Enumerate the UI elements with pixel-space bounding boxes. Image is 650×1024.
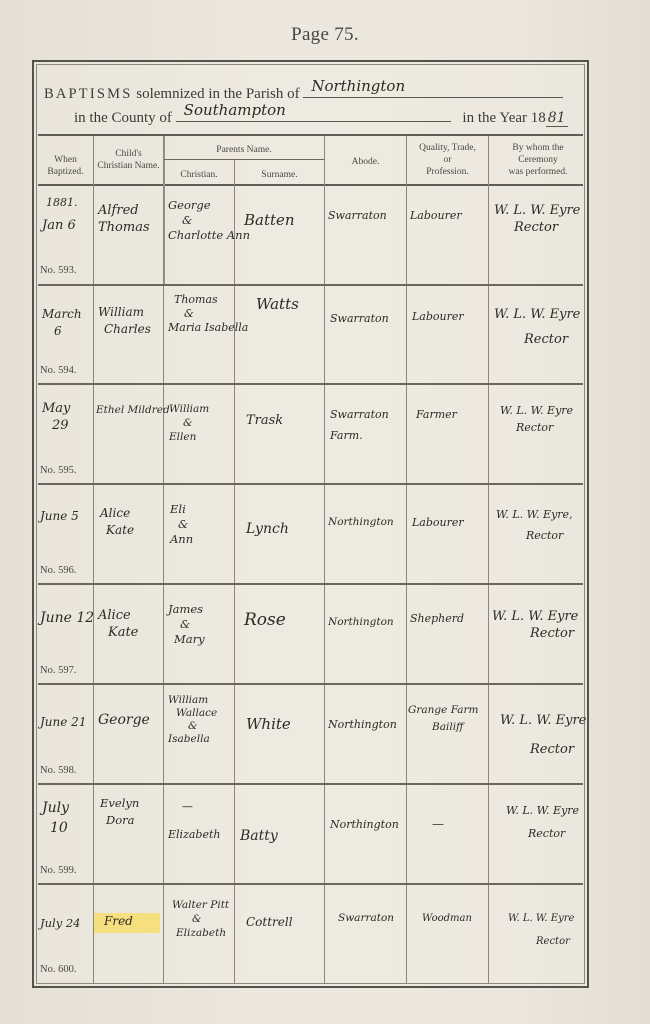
by-whom: W. L. W. EyreRector [508, 910, 574, 950]
quality: Labourer [412, 308, 464, 325]
entry-number: No. 593. [40, 265, 76, 276]
child-name: AlfredThomas [98, 202, 150, 236]
parents-surname: White [246, 716, 291, 733]
header-when: WhenBaptized. [38, 154, 93, 178]
header-parents: Parents Name. [164, 144, 324, 156]
entry-date: June 21 [40, 714, 86, 731]
quality: Shepherd [410, 610, 464, 627]
col-divider-5 [406, 136, 407, 984]
heading-year-label: in the Year 18 [462, 110, 545, 126]
child-name: EvelynDora [100, 795, 139, 829]
row-rule [38, 383, 583, 385]
child-name: WilliamCharles [98, 304, 151, 338]
quality: Labourer [412, 514, 464, 531]
parents-christian: George&Charlotte Ann [168, 198, 250, 243]
parents-christian: James&Mary [168, 602, 205, 647]
parish-value: Northington [311, 77, 405, 95]
county-field: Southampton [176, 105, 451, 122]
register-frame: BAPTISMS solemnized in the Parish of Nor… [32, 60, 589, 988]
child-name: George [98, 712, 150, 729]
col-divider-6 [488, 136, 489, 984]
row-rule [38, 783, 583, 785]
quality: Labourer [410, 207, 462, 224]
heading-line-2: in the County of Southampton in the Year… [74, 105, 568, 127]
page-number: Page 75. [0, 24, 650, 46]
parents-christian: William&Ellen [169, 402, 209, 444]
row-rule [38, 583, 583, 585]
parents-surname: Rose [244, 612, 286, 629]
entry-date: June 12 [40, 610, 94, 627]
by-whom: W. L. W. EyreRector [500, 712, 586, 758]
parents-surname: Lynch [246, 521, 289, 538]
parents-christian: Eli&Ann [170, 502, 193, 547]
parents-surname: Cottrell [246, 914, 293, 931]
abode: Swarraton [330, 310, 389, 327]
abode: Northington [328, 514, 394, 531]
by-whom: W. L. W. Eyre,Rector [496, 506, 573, 544]
entry-number: No. 598. [40, 765, 76, 776]
abode: Swarraton [328, 207, 387, 224]
entry-number: No. 595. [40, 465, 76, 476]
row-rule [38, 883, 583, 885]
county-value: Southampton [184, 101, 286, 119]
abode: SwarratonFarm. [330, 406, 389, 444]
child-name-highlighted: Fred [94, 913, 160, 933]
heading-line-1: BAPTISMS solemnized in the Parish of Nor… [44, 81, 563, 103]
entry-date: Jan 6 [42, 217, 76, 234]
entry-number: No. 594. [40, 365, 76, 376]
abode: Swarraton [338, 910, 394, 927]
abode: Northington [328, 716, 397, 733]
entry-year: 1881. [46, 194, 78, 211]
parents-surname: Trask [246, 412, 283, 429]
by-whom: W. L. W. EyreRector [492, 608, 578, 642]
quality: Grange FarmBailiff [408, 702, 479, 736]
abode: Northington [330, 816, 399, 833]
by-whom: W. L. W. EyreRector [494, 306, 580, 348]
row-rule [38, 683, 583, 685]
header-child: Child'sChristian Name. [94, 148, 163, 172]
year-value: 81 [546, 110, 568, 127]
child-name: AliceKate [100, 505, 134, 539]
entry-date: June 5 [40, 508, 79, 525]
child-name: AliceKate [98, 607, 138, 641]
parents-surname: Watts [256, 296, 299, 313]
col-divider-2 [163, 136, 164, 984]
quality: Woodman [422, 910, 472, 927]
parents-christian: WilliamWallace&Isabella [168, 694, 217, 746]
heading-county-label: in the County of [74, 110, 172, 126]
parents-surname: Batty [240, 828, 278, 845]
col-divider-4 [324, 136, 325, 984]
entry-date: May29 [42, 400, 70, 434]
by-whom: W. L. W. EyreRector [500, 402, 573, 436]
by-whom: W. L. W. EyreRector [506, 802, 579, 842]
heading-solemnized: solemnized in the Parish of [136, 86, 299, 102]
entry-number: No. 600. [40, 964, 76, 975]
parents-surname: Batten [244, 212, 295, 229]
entry-number: No. 596. [40, 565, 76, 576]
child-name: Ethel Mildred [96, 402, 170, 419]
header-abode: Abode. [325, 156, 406, 168]
parents-christian: Walter Pitt&Elizabeth [172, 898, 229, 940]
entry-date: July10 [42, 798, 69, 838]
entry-date: March6 [42, 306, 82, 340]
by-whom: W. L. W. EyreRector [494, 202, 580, 236]
parents-christian: Thomas&Maria Isabella [168, 293, 248, 335]
parents-name-rule [164, 159, 324, 160]
quality: Farmer [416, 406, 457, 423]
parents-christian: —Elizabeth [174, 800, 220, 842]
col-divider-1 [93, 136, 94, 984]
quality: — [432, 816, 444, 833]
heading-baptisms: BAPTISMS [44, 86, 133, 102]
header-parents-surname: Surname. [235, 169, 324, 181]
header-quality: Quality, Trade,orProfession. [407, 142, 488, 178]
header-top-rule [38, 134, 583, 136]
header-bottom-rule [38, 184, 583, 186]
abode: Northington [328, 614, 394, 631]
header-parents-christian: Christian. [164, 169, 234, 181]
parish-field: Northington [303, 81, 563, 98]
entry-number: No. 599. [40, 865, 76, 876]
entry-number: No. 597. [40, 665, 76, 676]
row-rule [38, 284, 583, 286]
row-rule [38, 483, 583, 485]
entry-date: July 24 [40, 915, 80, 932]
header-ceremony: By whom theCeremonywas performed. [489, 142, 587, 178]
